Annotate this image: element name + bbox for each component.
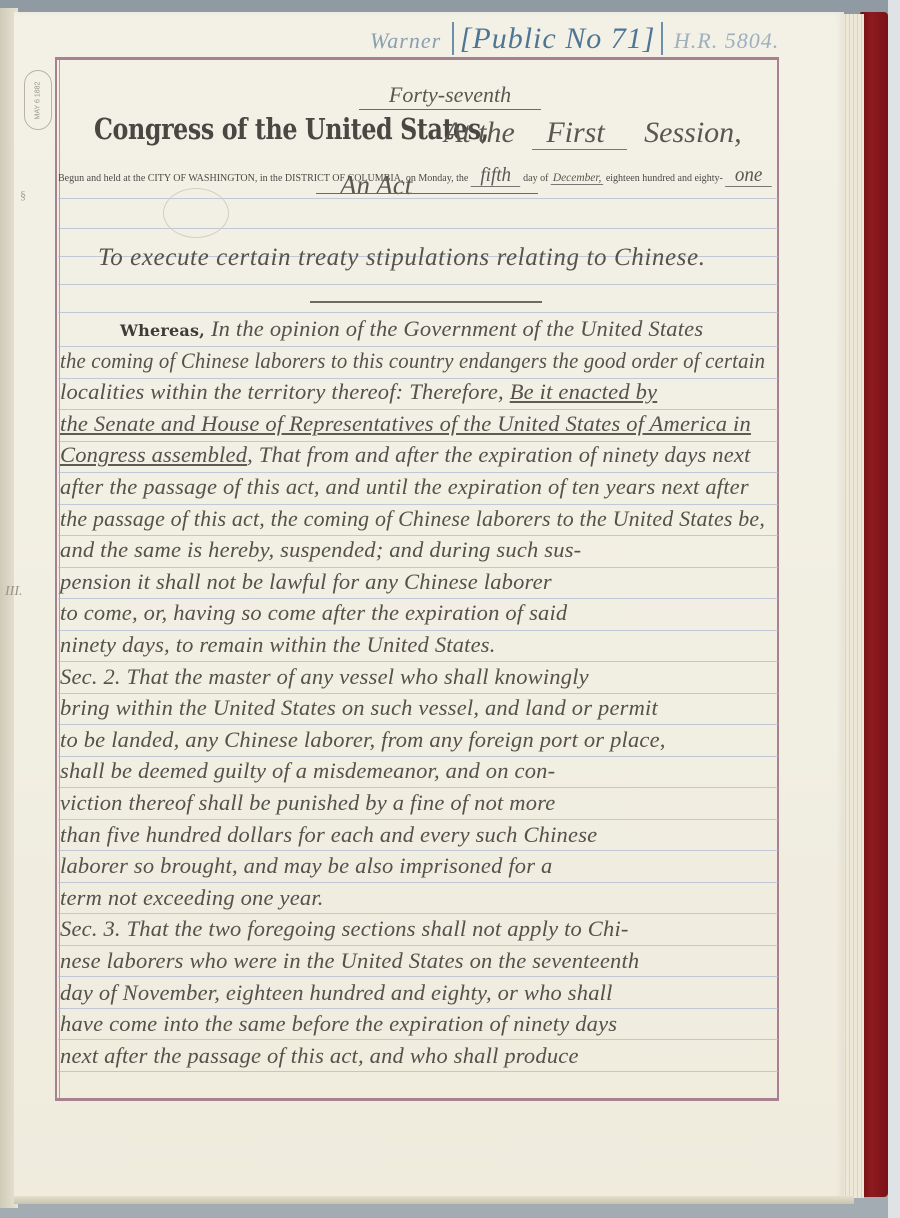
body-line: localities within the territory thereof:…: [60, 379, 657, 405]
act-heading: An Act: [340, 170, 412, 201]
body-line: than five hundred dollars for each and e…: [60, 822, 597, 848]
body-line: laborer so brought, and may be also impr…: [60, 853, 552, 879]
body-line: viction thereof shall be punished by a f…: [60, 790, 556, 816]
body-line: day of November, eighteen hundred and ei…: [60, 980, 613, 1006]
body-line: Congress assembled, That from and after …: [60, 442, 751, 468]
body-line: term not exceeding one year.: [60, 885, 324, 911]
body-line: Sec. 2. That the master of any vessel wh…: [60, 664, 589, 690]
body-line: nese laborers who were in the United Sta…: [60, 948, 639, 974]
body-line: and the same is hereby, suspended; and d…: [60, 537, 581, 563]
session-ordinal: First: [532, 116, 626, 150]
body-line: to come, or, having so come after the ex…: [60, 600, 567, 626]
body-line: ninety days, to remain within the United…: [60, 632, 496, 658]
whereas-label: Whereas,: [120, 321, 205, 340]
public-law-number: [Public No 71]: [452, 22, 664, 55]
title-printed: Congress of the United States,: [94, 112, 489, 146]
session-line: At the First Session,: [444, 116, 742, 150]
body-line: Sec. 3. That the two foregoing sections …: [60, 916, 629, 942]
act-heading-rule: [316, 193, 538, 194]
bill-number: H.R. 5804.: [674, 28, 779, 53]
document-text: Warner [Public No 71] H.R. 5804. MAY 6 1…: [0, 0, 900, 1218]
act-purpose: To execute certain treaty stipulations r…: [98, 244, 706, 272]
separator-rule: [310, 301, 542, 303]
year-hand: one: [725, 164, 772, 187]
body-line: bring within the United States on such v…: [60, 695, 658, 721]
body-line: pension it shall not be lawful for any C…: [60, 569, 552, 595]
begun-held-line: Begun and held at the CITY OF WASHINGTON…: [58, 164, 772, 187]
body-line: shall be deemed guilty of a misdemeanor,…: [60, 758, 555, 784]
body-line: the coming of Chinese laborers to this c…: [60, 348, 765, 374]
body-line: the Senate and House of Representatives …: [60, 411, 751, 437]
body-line: to be landed, any Chinese laborer, from …: [60, 727, 666, 753]
body-line: have come into the same before the expir…: [60, 1011, 617, 1037]
congress-number: Forty-seventh: [0, 82, 840, 108]
day-ordinal: fifth: [471, 164, 521, 187]
body-line: the passage of this act, the coming of C…: [60, 506, 765, 532]
body-line: next after the passage of this act, and …: [60, 1043, 579, 1069]
handwritten-name: Warner: [370, 28, 441, 53]
margin-note: III.: [5, 584, 23, 600]
faint-seal-impression: [163, 188, 229, 238]
body-line: Whereas,In the opinion of the Government…: [120, 316, 703, 342]
body-line: after the passage of this act, and until…: [60, 474, 749, 500]
month: December,: [551, 170, 603, 185]
margin-curl-icon: §: [20, 188, 26, 203]
archival-annotation: Warner [Public No 71] H.R. 5804.: [370, 22, 779, 56]
